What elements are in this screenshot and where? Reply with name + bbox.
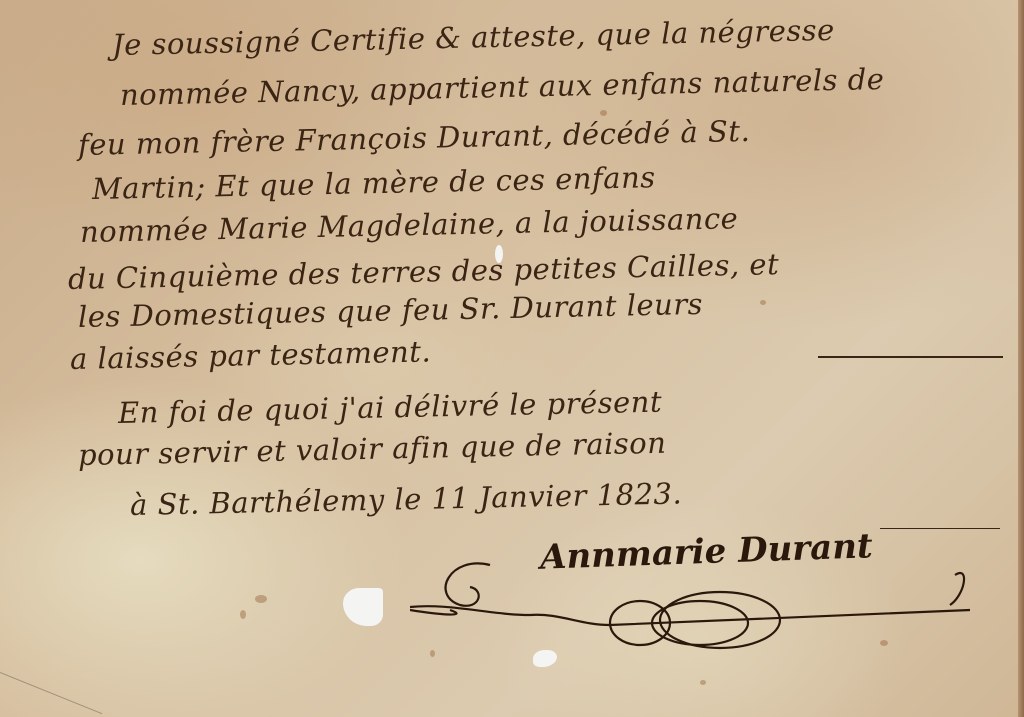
text-line: En foi de quoi j'ai délivré le présent [118, 385, 663, 430]
date-underline [880, 528, 1000, 529]
line-filler-rule [818, 356, 1003, 358]
paper-crease [0, 672, 102, 714]
text-line: pour servir et valoir afin que de raison [78, 426, 667, 472]
text-line: nommée Nancy, appartient aux enfans natu… [120, 62, 885, 112]
signature-flourish [410, 555, 970, 665]
foxing-spot [240, 610, 246, 619]
foxing-spot [760, 300, 766, 305]
paper-edge [1018, 0, 1024, 717]
text-line: feu mon frère François Durant, décédé à … [78, 114, 751, 162]
text-line: Je soussigné Certifie & atteste, que la … [112, 13, 835, 62]
text-line: Martin; Et que la mère de ces enfans [92, 160, 656, 206]
paper-hole [343, 588, 383, 626]
text-line: à St. Barthélemy le 11 Janvier 1823. [130, 476, 683, 522]
foxing-spot [700, 680, 706, 685]
manuscript-page: Je soussigné Certifie & atteste, que la … [0, 0, 1024, 717]
foxing-spot [600, 110, 607, 116]
text-line: les Domestiques que feu Sr. Durant leurs [78, 287, 704, 334]
text-line: a laissés par testament. [70, 334, 432, 376]
foxing-spot [255, 595, 267, 603]
text-line: nommée Marie Magdelaine, a la jouissance [80, 201, 739, 249]
